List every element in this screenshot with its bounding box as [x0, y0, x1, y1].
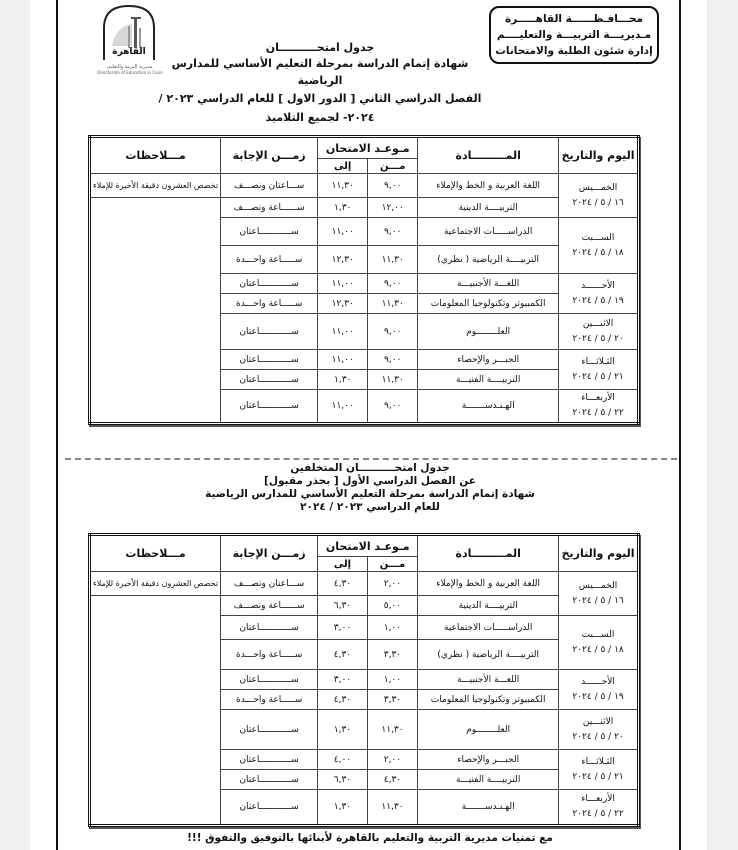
day-name: الثـلاثـــاء [561, 755, 635, 770]
from-time-cell: ١١,٣٠ [367, 710, 417, 750]
from-time-cell: ٤,٣٠ [367, 770, 417, 790]
from-time-cell: ٩,٠٠ [368, 274, 418, 294]
to-time-cell: ١٢,٣٠ [318, 246, 368, 274]
day-date-cell: الأحــــــد١٩ / ٥ / ٢٠٢٤ [559, 670, 639, 710]
subject-cell: الدراســـــات الاجتماعية [418, 218, 559, 246]
date: ١٦ / ٥ / ٢٠٢٤ [561, 196, 635, 211]
header-answer-time: زمـــن الإجابة [221, 137, 318, 174]
header-exam-time: مـوعـد الامتحان [318, 137, 418, 159]
to-time-cell: ١١,٠٠ [318, 218, 368, 246]
subject-cell: التربيــــة الرياضية ( نظري) [418, 246, 559, 274]
notes-cell: تخصص العشرون دقيقة الأخيرة للإملاء [90, 174, 221, 198]
subject-cell: اللغـــة الأجنبيـــة [418, 274, 559, 294]
to-time-cell: ١,٣٠ [318, 198, 368, 218]
subject-cell: التربيــــة الرياضية ( نظري) [418, 640, 559, 670]
to-time-cell: ١١,٣٠ [318, 174, 368, 198]
day-date-cell: الأربعـــاء٢٢ / ٥ / ٢٠٢٤ [559, 790, 639, 826]
day-date-cell: الســـبت١٨ / ٥ / ٢٠٢٤ [559, 616, 639, 670]
subject-cell: الكمبيوتر وتكنولوجيا المعلومات [418, 294, 559, 314]
answer-duration-cell: ســــــــــــاعتان [221, 750, 318, 770]
from-time-cell: ١١,٣٠ [368, 370, 418, 390]
to-time-cell: ١١,٠٠ [318, 350, 368, 370]
date: ٢٢ / ٥ / ٢٠٢٤ [561, 406, 635, 421]
subject-cell: التربيــــة الدينية [418, 198, 559, 218]
day-name: الأحــــــد [561, 675, 635, 690]
from-time-cell: ٩,٠٠ [368, 350, 418, 370]
answer-duration-cell: ســــــــــــاعتان [221, 314, 318, 350]
to-time-cell: ١٢,٣٠ [318, 294, 368, 314]
from-time-cell: ٢,٠٠ [367, 572, 417, 596]
day-name: الثـلاثـــاء [561, 355, 635, 370]
to-time-cell: ١١,٠٠ [318, 390, 368, 424]
date: ١٦ / ٥ / ٢٠٢٤ [561, 594, 635, 609]
header-from: مـــن [368, 159, 418, 174]
subject-cell: اللغة العربية و الخط والإملاء [418, 174, 559, 198]
from-time-cell: ٩,٠٠ [368, 390, 418, 424]
day-name: الســـبت [561, 628, 635, 643]
exam-schedule-table-makeup: اليوم والتاريخ المـــــــــادة مـوعـد ال… [88, 533, 640, 827]
day-date-cell: الســـبت١٨ / ٥ / ٢٠٢٤ [559, 218, 639, 274]
date: ١٩ / ٥ / ٢٠٢٤ [561, 690, 635, 705]
from-time-cell: ٢,٠٠ [367, 750, 417, 770]
from-time-cell: ١١,٣٠ [368, 246, 418, 274]
to-time-cell: ٤,٣٠ [318, 572, 368, 596]
from-time-cell: ٣,٣٠ [367, 640, 417, 670]
from-time-cell: ٩,٠٠ [368, 218, 418, 246]
header-subject: المـــــــــادة [418, 137, 559, 174]
to-time-cell: ٦,٣٠ [318, 596, 368, 616]
org-line-governorate: محـــافـظــــــة القاهـــــرة [491, 11, 657, 27]
to-time-cell: ١,٣٠ [318, 710, 368, 750]
header-from: مـــن [367, 557, 417, 572]
header-subject: المـــــــــادة [418, 535, 559, 572]
day-date-cell: الثـلاثـــاء٢١ / ٥ / ٢٠٢٤ [559, 350, 639, 390]
answer-duration-cell: ســــــــــــاعتان [221, 670, 318, 690]
to-time-cell: ١,٣٠ [318, 370, 368, 390]
to-time-cell: ٤,٠٠ [318, 750, 368, 770]
makeup-title-line-1: جدول امتحــــــــــان المتخلفين [150, 462, 590, 475]
makeup-title-line-4: للعام الدراسي ٢٠٢٣ / ٢٠٢٤ [150, 501, 590, 514]
table-row: الخمـــيس١٦ / ٥ / ٢٠٢٤اللغة العربية و ال… [90, 572, 639, 596]
answer-duration-cell: ســـــاعة واحـــدة [221, 690, 318, 710]
to-time-cell: ٤,٣٠ [318, 690, 368, 710]
header-notes: مـــلاحظات [90, 137, 221, 174]
from-time-cell: ١١,٣٠ [368, 294, 418, 314]
notes-cell-empty [90, 596, 221, 826]
section-divider [65, 458, 677, 460]
answer-duration-cell: ســــــــــــاعتان [221, 218, 318, 246]
header-answer-time: زمـــن الإجابة [221, 535, 318, 572]
title-line-3: الفصل الدراسي الثاني [ الدور الاول ] للع… [150, 89, 490, 127]
answer-duration-cell: ســــــــــــاعتان [221, 790, 318, 826]
subject-cell: الجبـــر والإحصاء [418, 750, 559, 770]
subject-cell: العلــــــــوم [418, 314, 559, 350]
page-border-left [56, 0, 58, 850]
from-time-cell: ١١,٣٠ [367, 790, 417, 826]
day-date-cell: الاثنـــين٢٠ / ٥ / ٢٠٢٤ [559, 314, 639, 350]
answer-duration-cell: ســـــاعة واحـــدة [221, 294, 318, 314]
table-row: التربيــــة الدينية٥,٠٠٦,٣٠ســــــاعة ون… [90, 596, 639, 616]
table-row: التربيــــة الدينية١٢,٠٠١,٣٠ســــــاعة و… [90, 198, 639, 218]
exam-schedule-table-main: اليوم والتاريخ المـــــــــادة مـوعـد ال… [88, 135, 640, 425]
header-notes: مـــلاحظات [90, 535, 221, 572]
notes-cell-empty [90, 198, 221, 424]
day-date-cell: الأحــــــد١٩ / ٥ / ٢٠٢٤ [559, 274, 639, 314]
day-name: الأحــــــد [561, 279, 635, 294]
answer-duration-cell: ســــــــــــاعتان [221, 616, 318, 640]
makeup-title-line-3: شهادة إتمام الدراسة بمرحلة التعليم الأسا… [150, 488, 590, 501]
notes-cell: تخصص العشرون دقيقة الأخيرة للإملاء [90, 572, 221, 596]
org-line-directorate: مـديريـــة التربيـــة والتعليــــم [491, 27, 657, 43]
subject-cell: الجبـــر والإحصاء [418, 350, 559, 370]
to-time-cell: ١١,٠٠ [318, 314, 368, 350]
table-body: الخمـــيس١٦ / ٥ / ٢٠٢٤اللغة العربية و ال… [90, 174, 639, 424]
day-name: الخمـــيس [561, 579, 635, 594]
answer-duration-cell: ســــــــــــاعتان [221, 274, 318, 294]
day-name: الاثنـــين [561, 317, 635, 332]
header-exam-time: مـوعـد الامتحان [318, 535, 418, 557]
from-time-cell: ٣,٣٠ [367, 690, 417, 710]
answer-duration-cell: ســـــاعة واحـــدة [221, 246, 318, 274]
to-time-cell: ١١,٠٠ [318, 274, 368, 294]
makeup-title-line-2: عن الفصل الدراسي الأول [ بحذر مقبول] [150, 475, 590, 488]
page-border-right [679, 0, 681, 850]
org-line-department: إدارة شئون الطلبة والامتحانات [491, 43, 657, 59]
date: ٢٠ / ٥ / ٢٠٢٤ [561, 332, 635, 347]
subject-cell: الهـنـدســـــــة [418, 390, 559, 424]
organization-box: محـــافـظــــــة القاهـــــرة مـديريـــة… [489, 6, 659, 64]
day-date-cell: الاثنـــين٢٠ / ٥ / ٢٠٢٤ [559, 710, 639, 750]
date: ٢١ / ٥ / ٢٠٢٤ [561, 370, 635, 385]
from-time-cell: ٥,٠٠ [367, 596, 417, 616]
exam-title-block: جدول امتحــــــــــان شهادة إتمام الدراس… [150, 40, 490, 127]
subject-cell: اللغـــة الأجنبيـــة [418, 670, 559, 690]
from-time-cell: ٩,٠٠ [368, 174, 418, 198]
date: ٢٠ / ٥ / ٢٠٢٤ [561, 730, 635, 745]
date: ٢٢ / ٥ / ٢٠٢٤ [561, 807, 635, 822]
footer-wishes: مع تمنيات مديرية التربية والتعليم بالقاه… [150, 832, 590, 844]
table-body: الخمـــيس١٦ / ٥ / ٢٠٢٤اللغة العربية و ال… [90, 572, 639, 826]
answer-duration-cell: ســــــــــــاعتان [221, 710, 318, 750]
from-time-cell: ١,٠٠ [367, 616, 417, 640]
answer-duration-cell: ســـاعتان ونصـــف [221, 174, 318, 198]
day-date-cell: الخمـــيس١٦ / ٥ / ٢٠٢٤ [559, 572, 639, 616]
from-time-cell: ١٢,٠٠ [368, 198, 418, 218]
answer-duration-cell: ســـــاعة واحـــدة [221, 640, 318, 670]
subject-cell: العلــــــــوم [418, 710, 559, 750]
header-to: إلى [318, 159, 368, 174]
subject-cell: الدراســـــات الاجتماعية [418, 616, 559, 640]
date: ١٩ / ٥ / ٢٠٢٤ [561, 294, 635, 309]
date: ٢١ / ٥ / ٢٠٢٤ [561, 770, 635, 785]
day-name: الأربعـــاء [561, 391, 635, 406]
to-time-cell: ٣,٠٠ [318, 616, 368, 640]
header-day-date: اليوم والتاريخ [559, 137, 639, 174]
subject-cell: التربيــــة الفنيـــة [418, 770, 559, 790]
title-line-1: جدول امتحــــــــــان [150, 40, 490, 55]
from-time-cell: ١,٠٠ [367, 670, 417, 690]
title-line-2: شهادة إتمام الدراسة بمرحلة التعليم الأسا… [150, 55, 490, 89]
subject-cell: اللغة العربية و الخط والإملاء [418, 572, 559, 596]
header-day-date: اليوم والتاريخ [559, 535, 639, 572]
subject-cell: التربيــــة الدينية [418, 596, 559, 616]
logo-text: القاهرة [108, 47, 150, 57]
answer-duration-cell: ســــــــــــاعتان [221, 770, 318, 790]
date: ١٨ / ٥ / ٢٠٢٤ [561, 643, 635, 658]
day-name: الســـبت [561, 231, 635, 246]
day-name: الاثنـــين [561, 715, 635, 730]
table-row: الخمـــيس١٦ / ٥ / ٢٠٢٤اللغة العربية و ال… [90, 174, 639, 198]
header-to: إلى [318, 557, 368, 572]
day-date-cell: الخمـــيس١٦ / ٥ / ٢٠٢٤ [559, 174, 639, 218]
to-time-cell: ٣,٠٠ [318, 670, 368, 690]
to-time-cell: ٤,٣٠ [318, 640, 368, 670]
subject-cell: الكمبيوتر وتكنولوجيا المعلومات [418, 690, 559, 710]
answer-duration-cell: ســــــــــــاعتان [221, 390, 318, 424]
to-time-cell: ٦,٣٠ [318, 770, 368, 790]
day-date-cell: الثـلاثـــاء٢١ / ٥ / ٢٠٢٤ [559, 750, 639, 790]
day-date-cell: الأربعـــاء٢٢ / ٥ / ٢٠٢٤ [559, 390, 639, 424]
subject-cell: التربيــــة الفنيـــة [418, 370, 559, 390]
answer-duration-cell: ســــــــــــاعتان [221, 370, 318, 390]
date: ١٨ / ٥ / ٢٠٢٤ [561, 246, 635, 261]
answer-duration-cell: ســــــاعة ونصـــف [221, 198, 318, 218]
answer-duration-cell: ســــــاعة ونصـــف [221, 596, 318, 616]
subject-cell: الهـنـدســـــــة [418, 790, 559, 826]
day-name: الخمـــيس [561, 181, 635, 196]
answer-duration-cell: ســــــــــــاعتان [221, 350, 318, 370]
answer-duration-cell: ســـاعتان ونصـــف [221, 572, 318, 596]
from-time-cell: ٩,٠٠ [368, 314, 418, 350]
day-name: الأربعـــاء [561, 792, 635, 807]
to-time-cell: ١,٣٠ [318, 790, 368, 826]
makeup-exam-title-block: جدول امتحــــــــــان المتخلفين عن الفصل… [150, 462, 590, 514]
